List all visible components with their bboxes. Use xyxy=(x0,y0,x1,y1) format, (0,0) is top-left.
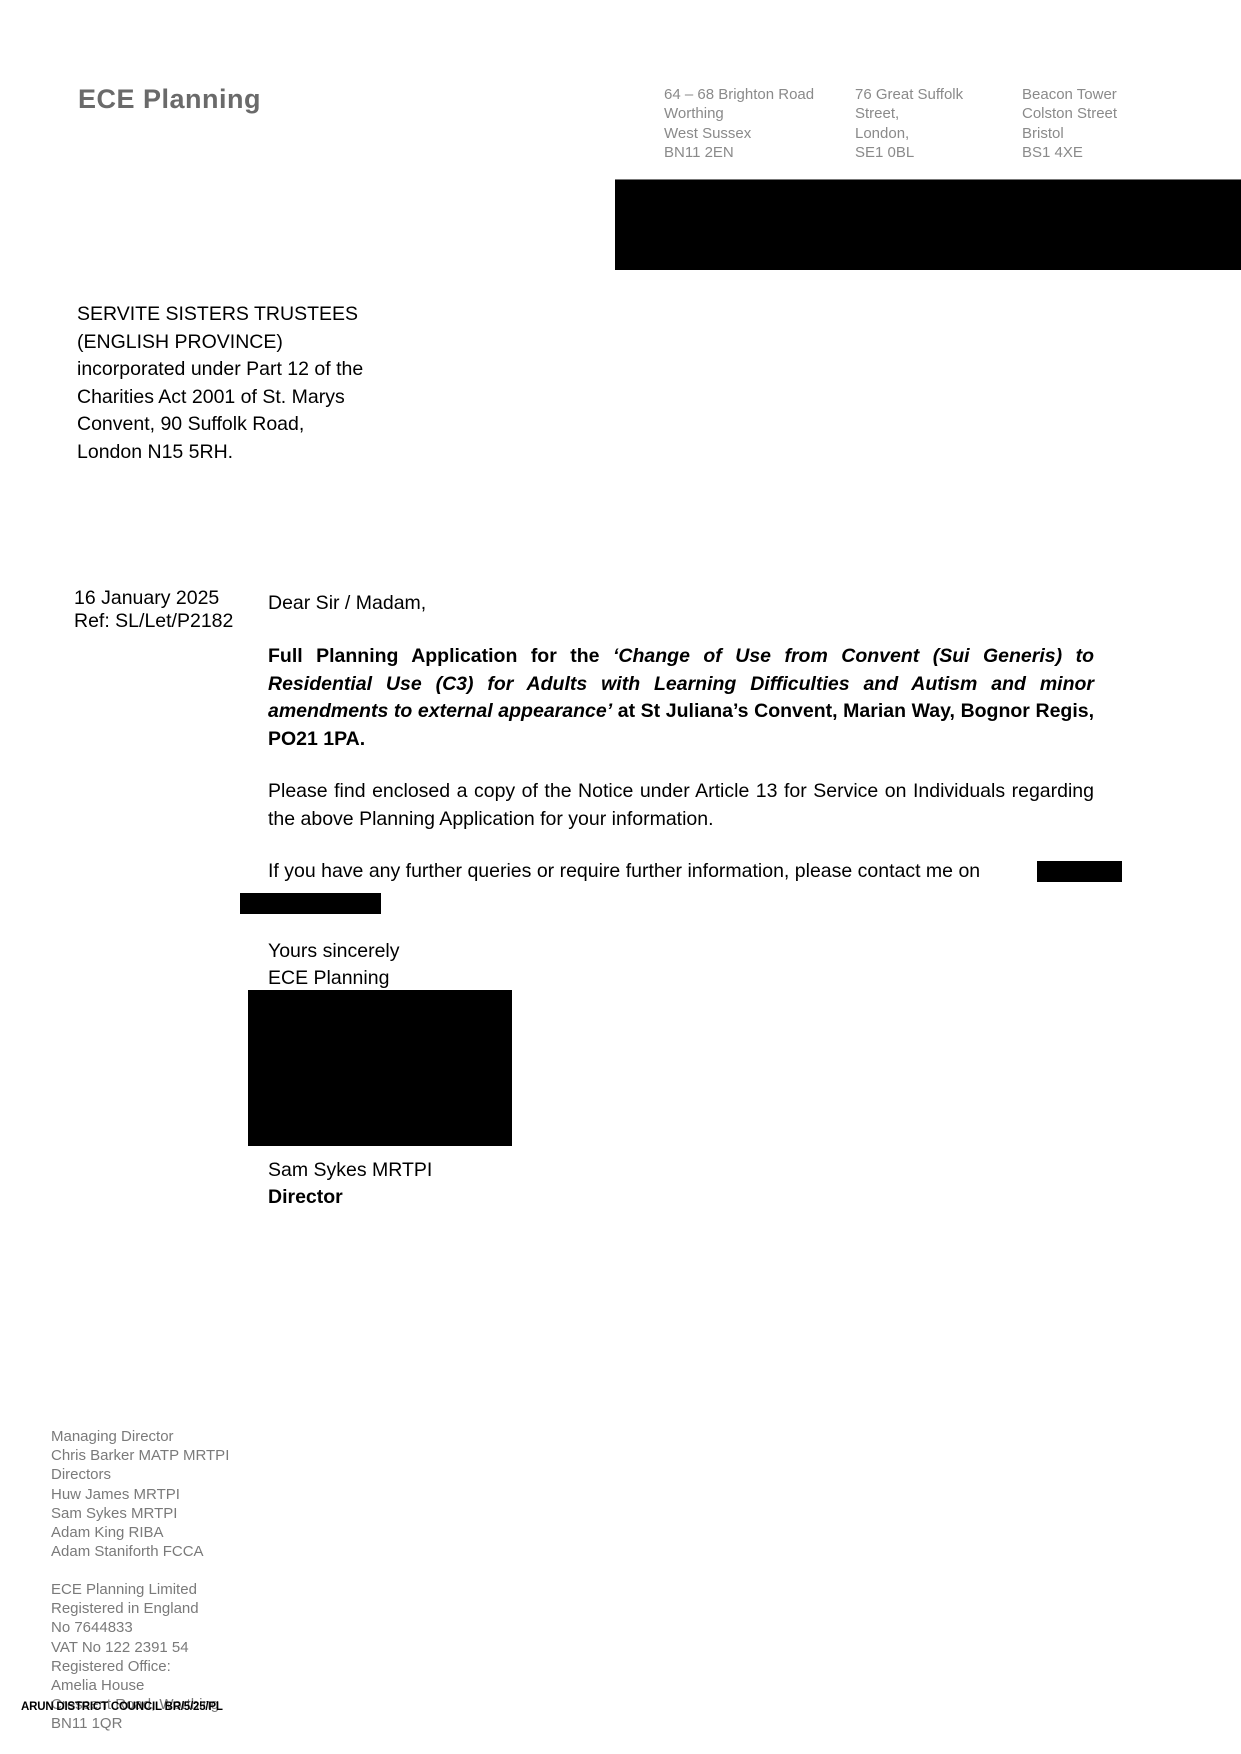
recipient-line: (ENGLISH PROVINCE) xyxy=(77,329,363,357)
footer-directors: Managing Director Chris Barker MATP MRTP… xyxy=(51,1427,229,1561)
closing-company: ECE Planning xyxy=(268,965,1094,993)
footer-line: Directors xyxy=(51,1465,229,1484)
footer-line: Huw James MRTPI xyxy=(51,1485,229,1504)
address-line: London, xyxy=(855,124,963,143)
recipient-address: SERVITE SISTERS TRUSTEES (ENGLISH PROVIN… xyxy=(77,301,363,467)
address-line: Street, xyxy=(855,104,963,123)
address-line: 64 – 68 Brighton Road xyxy=(664,85,814,104)
letter-reference: Ref: SL/Let/P2182 xyxy=(74,610,233,633)
footer-line: BN11 1QR xyxy=(51,1714,219,1733)
council-reference-stamp: ARUN DISTRICT COUNCIL BR/5/25/PL xyxy=(21,1701,223,1713)
redaction-signature xyxy=(248,990,512,1146)
footer-line: Registered Office: xyxy=(51,1657,219,1676)
recipient-line: Charities Act 2001 of St. Marys xyxy=(77,384,363,412)
footer-line: Amelia House xyxy=(51,1676,219,1695)
address-line: West Sussex xyxy=(664,124,814,143)
footer-line: Adam King RIBA xyxy=(51,1523,229,1542)
subject-prefix: Full Planning Application for the xyxy=(268,645,613,667)
recipient-line: incorporated under Part 12 of the xyxy=(77,356,363,384)
address-line: BN11 2EN xyxy=(664,143,814,162)
address-line: Beacon Tower xyxy=(1022,85,1117,104)
address-line: SE1 0BL xyxy=(855,143,963,162)
signatory-title: Director xyxy=(268,1184,1094,1212)
address-line: BS1 4XE xyxy=(1022,143,1117,162)
recipient-line: London N15 5RH. xyxy=(77,439,363,467)
address-line: Worthing xyxy=(664,104,814,123)
redaction-phone-part-2 xyxy=(240,893,381,914)
recipient-line: Convent, 90 Suffolk Road, xyxy=(77,411,363,439)
body-paragraph-enclosure: Please find enclosed a copy of the Notic… xyxy=(268,778,1094,833)
closing: Yours sincerely xyxy=(268,938,1094,966)
office-address-london: 76 Great Suffolk Street, London, SE1 0BL xyxy=(855,85,963,162)
footer-line: Sam Sykes MRTPI xyxy=(51,1504,229,1523)
footer-line: Chris Barker MATP MRTPI xyxy=(51,1446,229,1465)
footer-line: No 7644833 xyxy=(51,1618,219,1637)
address-line: Colston Street xyxy=(1022,104,1117,123)
subject-heading: Full Planning Application for the ‘Chang… xyxy=(268,643,1094,753)
footer-line: Managing Director xyxy=(51,1427,229,1446)
company-logo: ECE Planning xyxy=(78,84,261,115)
footer-line: Registered in England xyxy=(51,1599,219,1618)
footer-line: ECE Planning Limited xyxy=(51,1580,219,1599)
redaction-phone-part-1 xyxy=(1037,861,1122,882)
letter-meta: 16 January 2025 Ref: SL/Let/P2182 xyxy=(74,587,233,633)
recipient-line: SERVITE SISTERS TRUSTEES xyxy=(77,301,363,329)
address-line: Bristol xyxy=(1022,124,1117,143)
footer-line: VAT No 122 2391 54 xyxy=(51,1638,219,1657)
letter-date: 16 January 2025 xyxy=(74,587,233,610)
signatory-name: Sam Sykes MRTPI xyxy=(268,1157,1094,1185)
footer-line: Adam Staniforth FCCA xyxy=(51,1542,229,1561)
redaction-box-contact xyxy=(615,179,1241,270)
body-paragraph-contact: If you have any further queries or requi… xyxy=(268,858,1038,886)
office-address-worthing: 64 – 68 Brighton Road Worthing West Suss… xyxy=(664,85,814,162)
address-line: 76 Great Suffolk xyxy=(855,85,963,104)
salutation: Dear Sir / Madam, xyxy=(268,590,1094,618)
office-address-bristol: Beacon Tower Colston Street Bristol BS1 … xyxy=(1022,85,1117,162)
